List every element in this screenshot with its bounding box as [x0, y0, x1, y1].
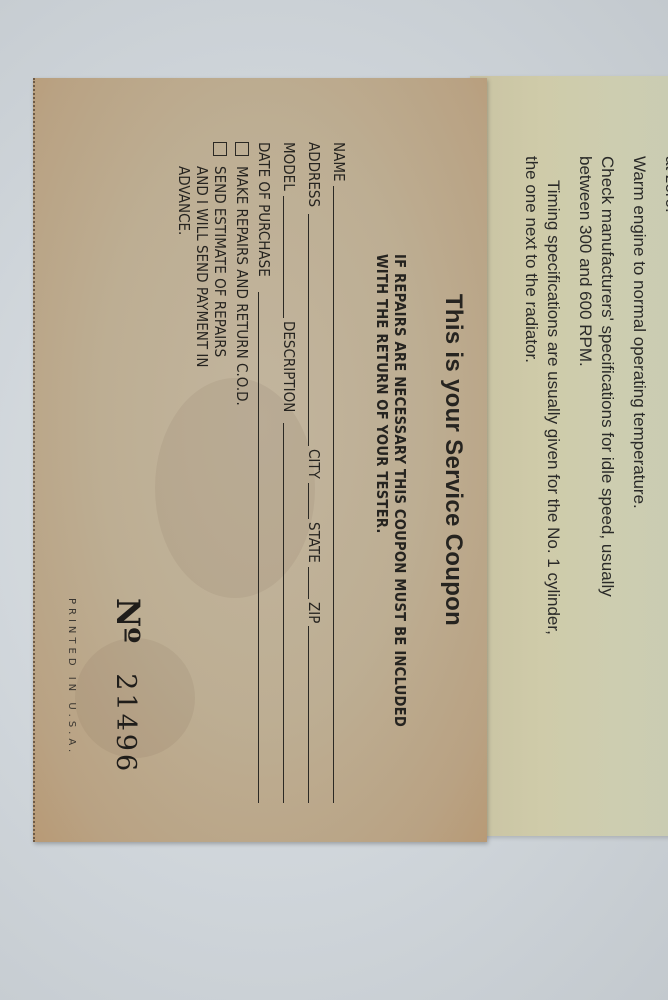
- model-field[interactable]: [283, 196, 298, 318]
- description-field[interactable]: [283, 423, 298, 803]
- number-sign: Nº: [109, 598, 147, 643]
- date-of-purchase-field[interactable]: [258, 292, 273, 803]
- sheet-line-rpm: between 300 and 600 RPM.: [574, 156, 596, 796]
- checkbox-icon[interactable]: [213, 142, 227, 156]
- zip-label: ZIP: [305, 602, 323, 623]
- sheet-line-timing: Timing specifications are usually given …: [542, 156, 564, 796]
- date-of-purchase-label: DATE OF PURCHASE: [255, 142, 273, 277]
- instruction-sheet-text: On distributors ... at zero. Warm engine…: [470, 76, 668, 836]
- sheet-line-at-zero: at zero.: [660, 156, 668, 796]
- serial-number: Nº 21496: [109, 598, 147, 774]
- instruction-sheet: On distributors ... at zero. Warm engine…: [470, 76, 668, 836]
- coupon-notice: IF REPAIRS ARE NECESSARY THIS COUPON MUS…: [373, 254, 409, 727]
- address-row: ADDRESS CITY STATE ZIP: [305, 142, 330, 806]
- sheet-line-warm-engine: Warm engine to normal operating temperat…: [628, 156, 650, 796]
- model-label: MODEL: [280, 142, 298, 191]
- name-field[interactable]: [333, 186, 348, 803]
- coupon-content: This is your Service Coupon IF REPAIRS A…: [35, 78, 487, 842]
- repair-options: MAKE REPAIRS AND RETURN C.O.D. SEND ESTI…: [171, 142, 251, 432]
- sheet-line-idle-speed: Check manufacturers' specifications for …: [596, 156, 618, 796]
- description-label: DESCRIPTION: [280, 321, 298, 412]
- city-label: CITY: [305, 449, 323, 479]
- option-cod-label: MAKE REPAIRS AND RETURN C.O.D.: [233, 166, 251, 406]
- notice-line-1: IF REPAIRS ARE NECESSARY THIS COUPON MUS…: [391, 254, 409, 727]
- city-field[interactable]: [308, 483, 323, 519]
- checkbox-icon[interactable]: [235, 142, 249, 156]
- coupon-title: This is your Service Coupon: [439, 78, 467, 842]
- state-label: STATE: [305, 522, 323, 563]
- service-coupon-card: This is your Service Coupon IF REPAIRS A…: [33, 78, 487, 842]
- date-of-purchase-row: DATE OF PURCHASE: [255, 142, 280, 806]
- coupon-form: NAME ADDRESS CITY STATE ZIP MODEL DESCRI…: [255, 142, 355, 806]
- model-row: MODEL DESCRIPTION: [280, 142, 305, 806]
- option-estimate[interactable]: SEND ESTIMATE OF REPAIRS AND I WILL SEND…: [175, 142, 229, 432]
- sheet-line-radiator: the one next to the radiator.: [520, 156, 542, 796]
- printed-in-usa: PRINTED IN U.S.A.: [66, 598, 77, 756]
- zip-field[interactable]: [308, 626, 323, 803]
- serial-value: 21496: [110, 673, 141, 774]
- name-row: NAME: [330, 142, 355, 806]
- option-cod[interactable]: MAKE REPAIRS AND RETURN C.O.D.: [233, 142, 251, 432]
- state-field[interactable]: [308, 567, 323, 599]
- notice-line-2: WITH THE RETURN OF YOUR TESTER.: [373, 254, 391, 727]
- address-label: ADDRESS: [305, 142, 323, 207]
- name-label: NAME: [330, 142, 348, 182]
- address-field[interactable]: [308, 214, 323, 446]
- option-estimate-label: SEND ESTIMATE OF REPAIRS AND I WILL SEND…: [175, 166, 229, 367]
